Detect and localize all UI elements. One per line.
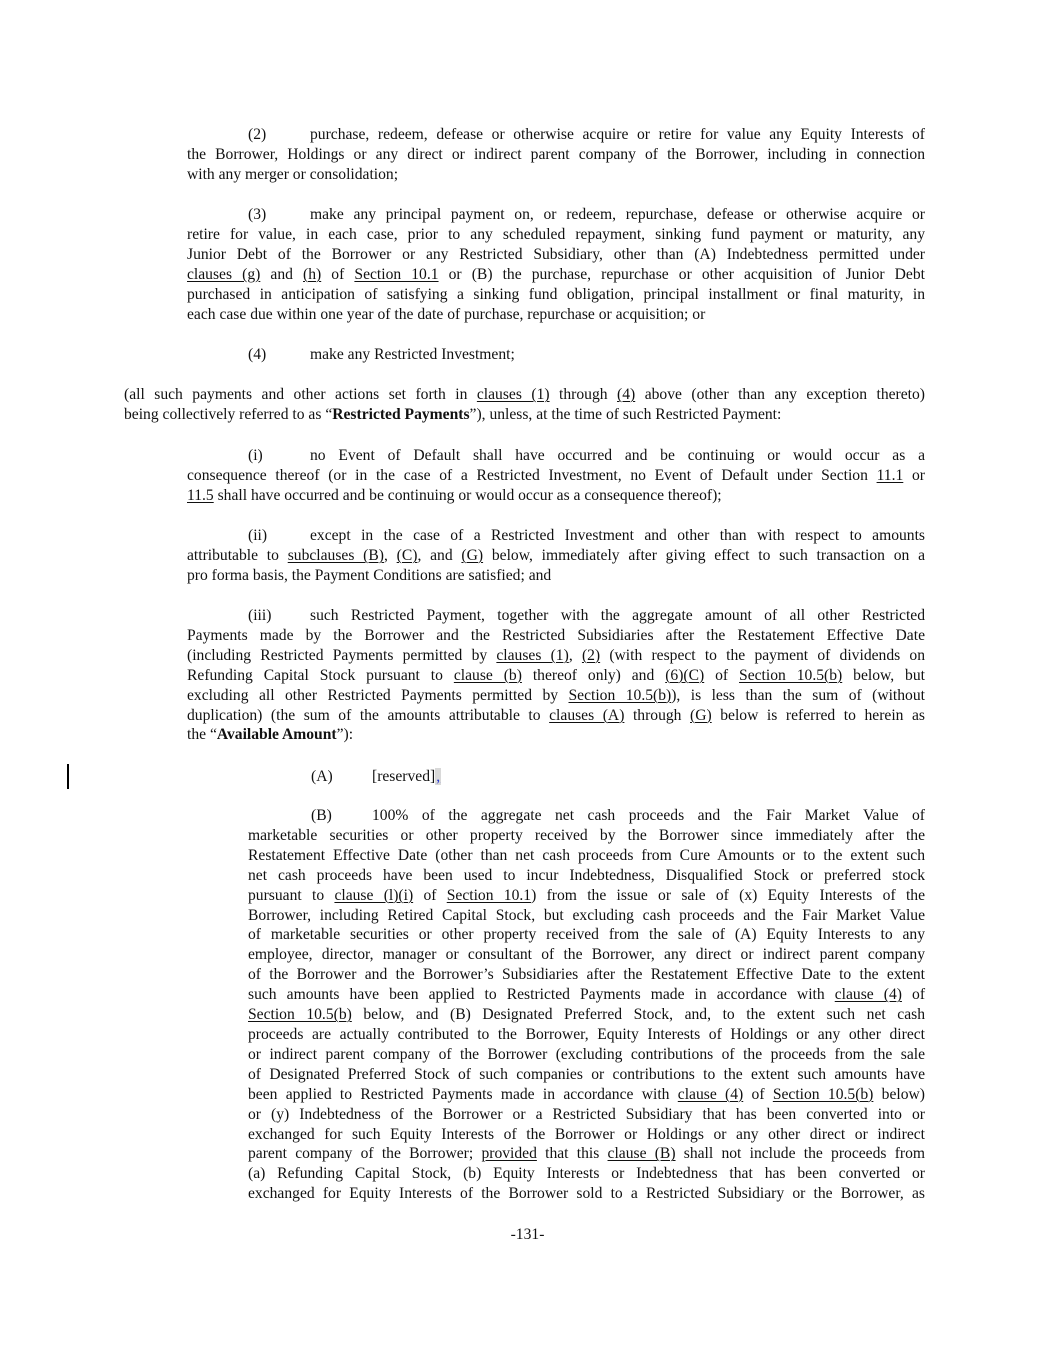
cross-reference-link[interactable]: (h) bbox=[303, 266, 321, 283]
clause-4: (4)make any Restricted Investment; bbox=[187, 345, 925, 365]
clause-iii: (iii)such Restricted Payment, together w… bbox=[187, 606, 925, 745]
proviso-term: provided bbox=[481, 1145, 536, 1162]
cross-reference-link[interactable]: Section 10.5(b) bbox=[569, 687, 672, 704]
cross-reference-link[interactable]: clause (4) bbox=[678, 1086, 743, 1103]
cross-reference-link[interactable]: clause (B) bbox=[608, 1145, 676, 1162]
cross-reference-link[interactable]: Section 10.1 bbox=[354, 266, 438, 283]
clause-number: (3) bbox=[248, 205, 310, 225]
cross-reference-link[interactable]: clauses (A) bbox=[549, 707, 624, 724]
cross-reference-link[interactable]: clause (l)(i) bbox=[334, 887, 413, 904]
cross-reference-link[interactable]: clause (4) bbox=[835, 986, 902, 1003]
clause-number: (A) bbox=[311, 767, 372, 787]
cross-reference-link[interactable]: Section 10.1 bbox=[447, 887, 531, 904]
page-number: -131- bbox=[0, 1225, 1055, 1245]
clause-ii: (ii)except in the case of a Restricted I… bbox=[187, 526, 925, 586]
cross-reference-link[interactable]: (2) bbox=[582, 647, 600, 664]
cross-reference-link[interactable]: clause (b) bbox=[454, 667, 522, 684]
cross-reference-link[interactable]: clauses (g) bbox=[187, 266, 260, 283]
cross-reference-link[interactable]: clauses (1) bbox=[477, 386, 550, 403]
clause-number: (B) bbox=[311, 806, 372, 826]
revision-change-bar bbox=[67, 764, 69, 789]
cross-reference-link[interactable]: subclauses (B) bbox=[288, 547, 384, 564]
cross-reference-link[interactable]: (6)(C) bbox=[665, 667, 704, 684]
clause-A: (A)[reserved], bbox=[248, 767, 925, 787]
cross-reference-link[interactable]: Section 10.5(b) bbox=[739, 667, 842, 684]
tracked-change-mark[interactable]: , bbox=[435, 768, 441, 785]
clause-number: (i) bbox=[248, 446, 310, 466]
clause-i: (i)no Event of Default shall have occurr… bbox=[187, 446, 925, 506]
cross-reference-link[interactable]: (G) bbox=[690, 707, 712, 724]
cross-reference-link[interactable]: Section 10.5(b) bbox=[773, 1086, 874, 1103]
clause-number: (4) bbox=[248, 345, 310, 365]
cross-reference-link[interactable]: (4) bbox=[617, 386, 635, 403]
restricted-payments-definition: (all such payments and other actions set… bbox=[124, 385, 925, 425]
cross-reference-link[interactable]: (C) bbox=[397, 547, 418, 564]
clause-number: (ii) bbox=[248, 526, 310, 546]
cross-reference-link[interactable]: 11.1 bbox=[877, 467, 904, 484]
clause-3: (3)make any principal payment on, or red… bbox=[187, 205, 925, 324]
cross-reference-link[interactable]: Section 10.5(b) bbox=[248, 1006, 352, 1023]
clause-number: (iii) bbox=[248, 606, 310, 626]
cross-reference-link[interactable]: 11.5 bbox=[187, 487, 214, 504]
clause-B: (B)100% of the aggregate net cash procee… bbox=[248, 806, 925, 1204]
document-page: (2)purchase, redeem, defease or otherwis… bbox=[0, 0, 1055, 1365]
cross-reference-link[interactable]: (G) bbox=[461, 547, 483, 564]
clause-2: (2)purchase, redeem, defease or otherwis… bbox=[187, 125, 925, 185]
defined-term: Available Amount bbox=[217, 726, 337, 743]
clause-number: (2) bbox=[248, 125, 310, 145]
cross-reference-link[interactable]: clauses (1) bbox=[496, 647, 568, 664]
defined-term: Restricted Payments bbox=[332, 406, 469, 423]
